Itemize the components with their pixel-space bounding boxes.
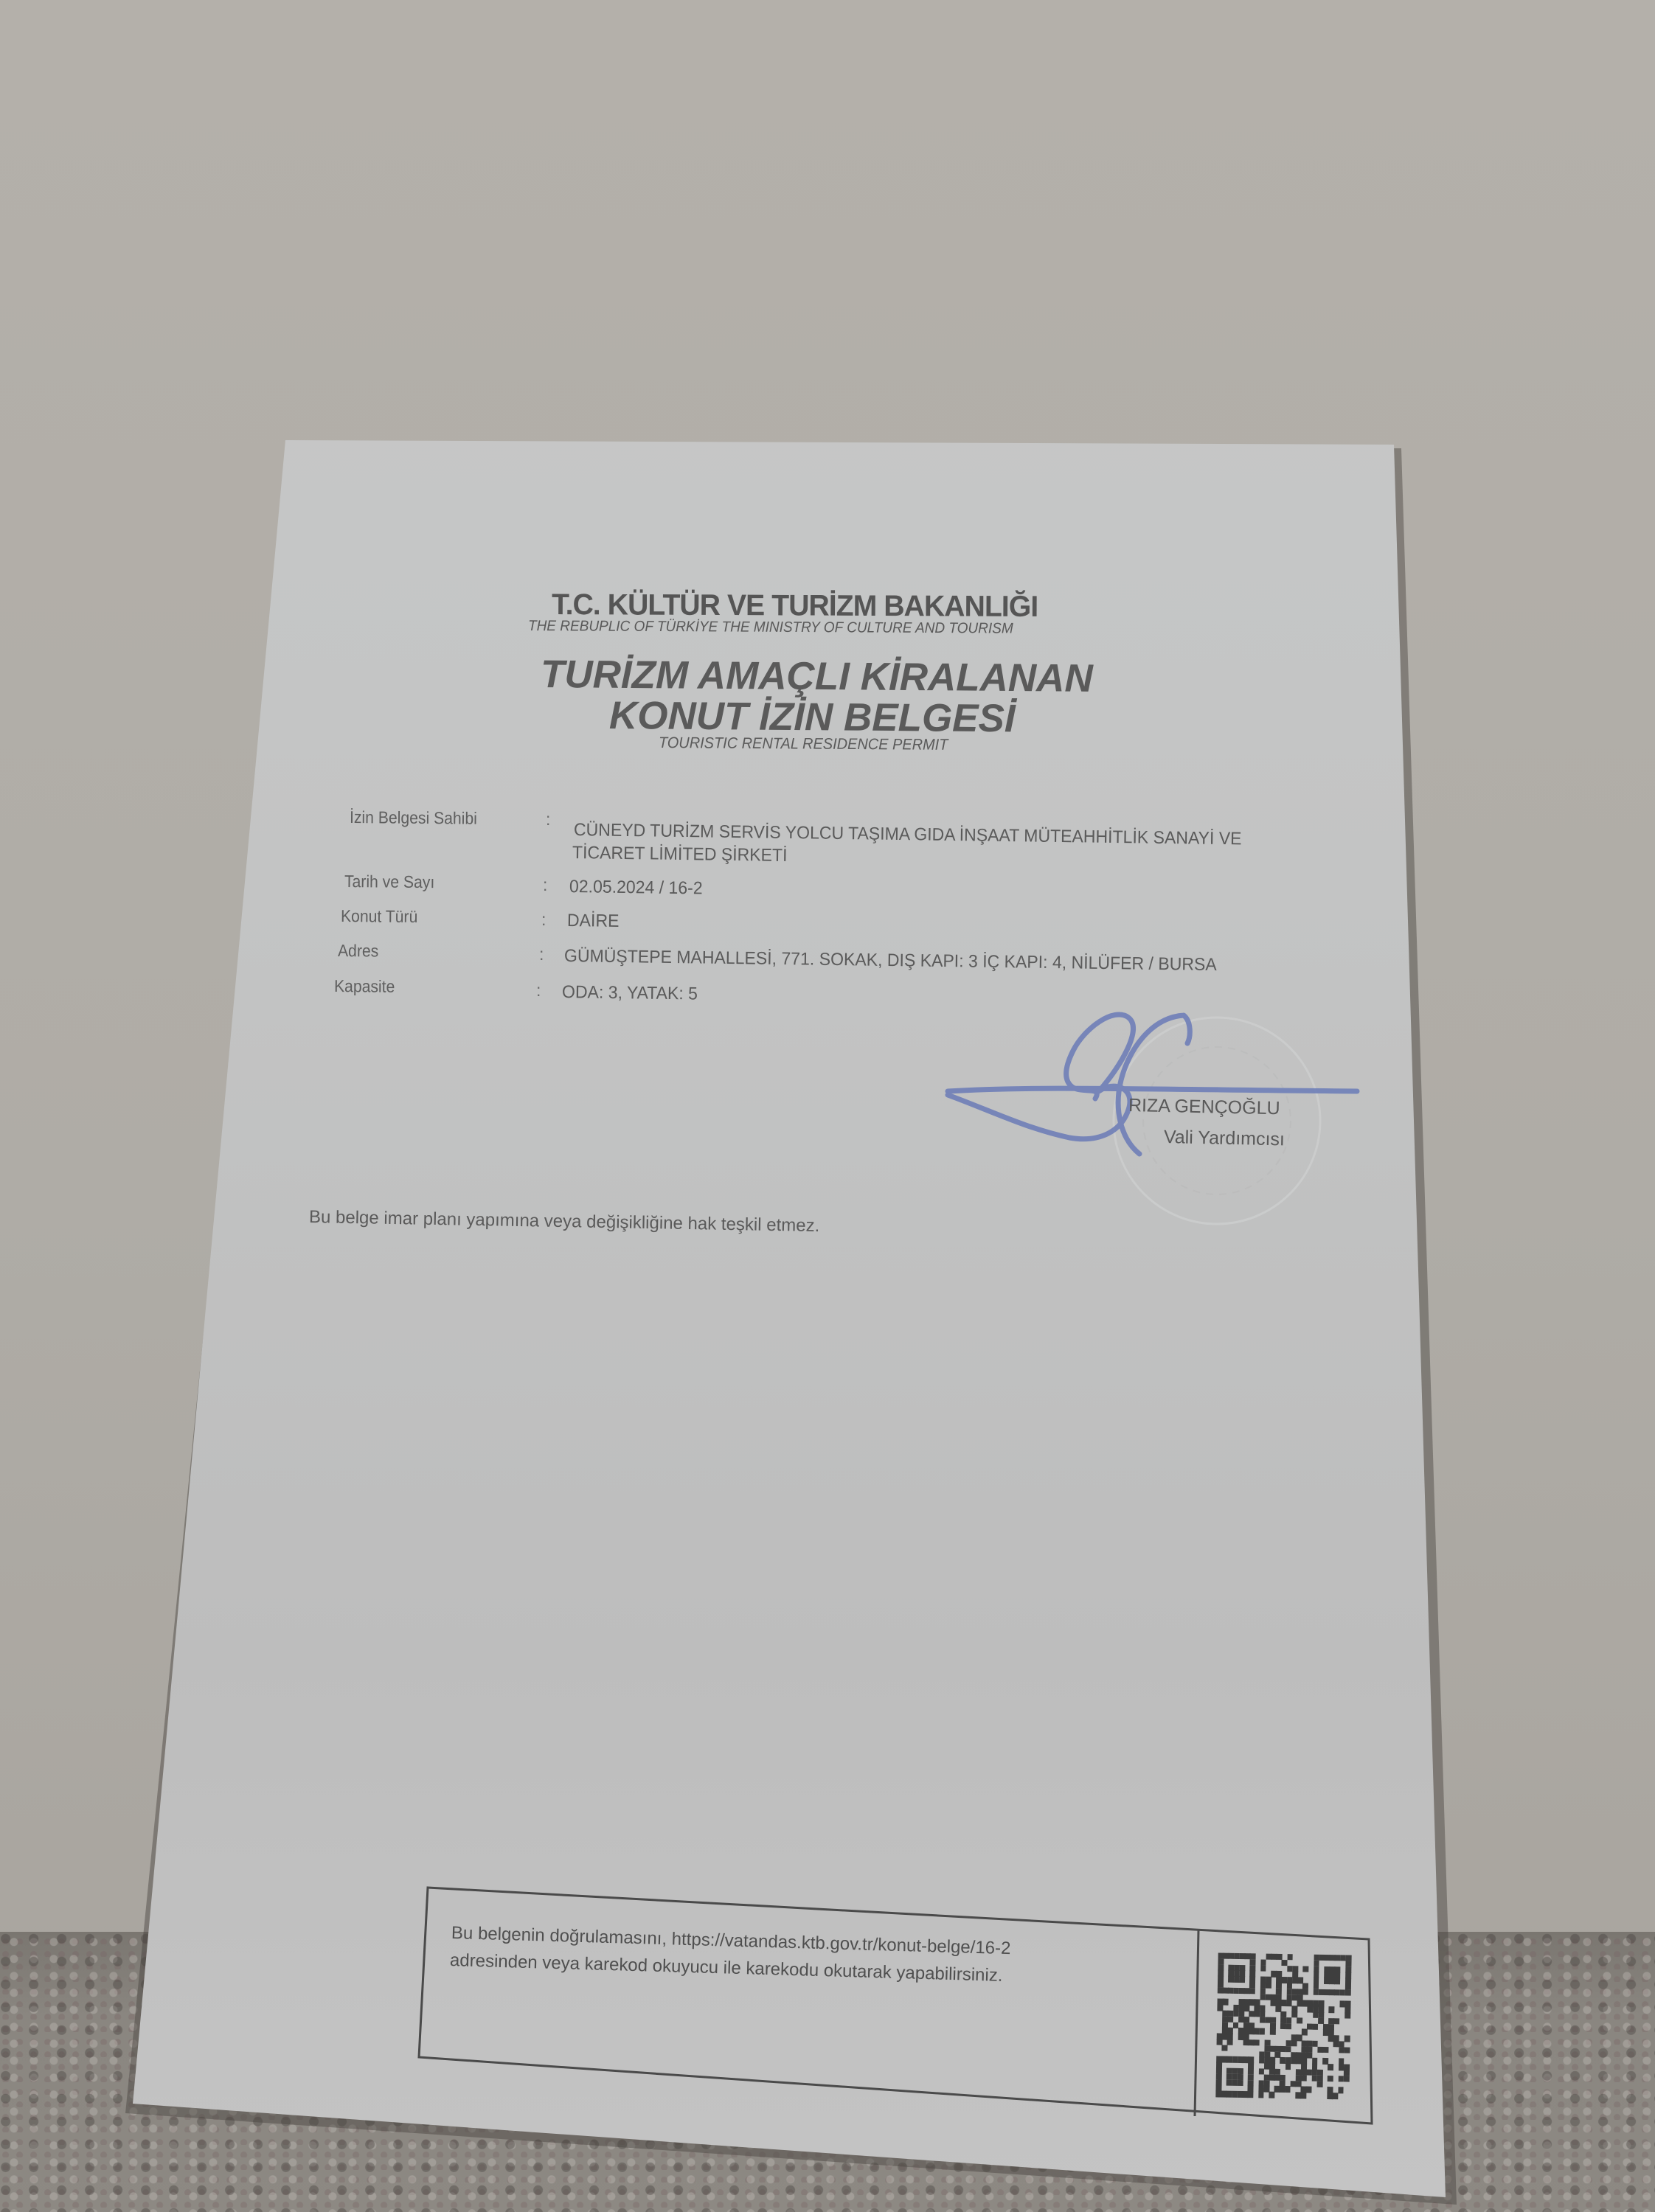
verification-box bbox=[0, 0, 1655, 2212]
qr-code-icon[interactable] bbox=[1215, 1952, 1350, 2098]
document-content: T.C. KÜLTÜR VE TURİZM BAKANLIĞI THE REBU… bbox=[0, 0, 1655, 2212]
